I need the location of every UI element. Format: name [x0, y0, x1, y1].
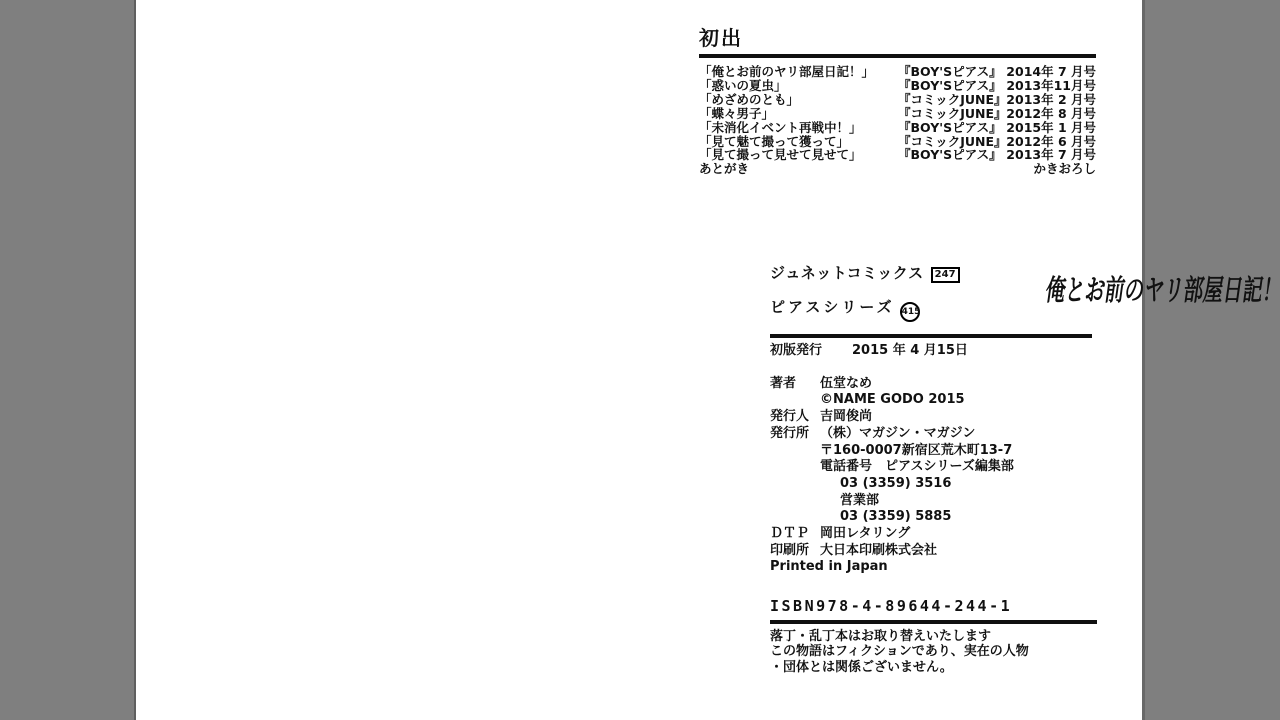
colophon-value: 伍堂なめ	[820, 376, 872, 393]
colophon-value: 2015 年 4 月15日	[852, 343, 968, 360]
colophon-row-printed-in-japan: Printed in Japan	[770, 559, 1150, 576]
note-replacement-policy: 落丁・乱丁本はお取り替えいたします	[770, 629, 1110, 644]
book-title-logo: 俺とお前のヤリ部屋日記！	[1043, 268, 1280, 309]
note-fiction-disclaimer-2: ・団体とは関係ございません。	[770, 660, 1110, 675]
first-publication-section: 初出 「俺とお前のヤリ部屋日記！」 『BOY'Sピアス』 2014年 7 月号 …	[699, 26, 1096, 176]
issue-date: 2012年 8 月号	[1002, 107, 1096, 121]
magazine-name: 『BOY'Sピアス』	[898, 79, 1002, 93]
series-number-circle: 415	[900, 302, 920, 322]
publication-row: 「蝶々男子」 『コミックJUNE』 2012年 8 月号	[699, 107, 1096, 121]
heading-rule	[699, 54, 1096, 58]
magazine-name: 『BOY'Sピアス』	[898, 121, 1002, 135]
chapter-title: 「俺とお前のヤリ部屋日記！」	[699, 65, 898, 79]
issue-date: 2013年 7 月号	[1002, 148, 1096, 162]
colophon-row: 〒160-0007新宿区荒木町13-7	[770, 443, 1150, 460]
series-name: ピアスシリーズ	[770, 298, 895, 316]
colophon-value: Printed in Japan	[770, 559, 888, 576]
colophon-value: ©NAME GODO 2015	[820, 392, 965, 409]
colophon-row: 発行人 吉岡俊尚	[770, 409, 1150, 426]
isbn-text: ISBN978-4-89644-244-1	[770, 597, 1012, 615]
colophon-value: 営業部	[820, 493, 879, 510]
issue-date: かきおろし	[1002, 162, 1096, 176]
colophon-row: 03 (3359) 3516	[770, 476, 1150, 493]
magazine-name: 『BOY'Sピアス』	[898, 65, 1002, 79]
colophon-label: 発行人	[770, 409, 820, 426]
publication-row: 「未消化イベント再戦中！」 『BOY'Sピアス』 2015年 1 月号	[699, 121, 1096, 135]
colophon-value: 電話番号 ピアスシリーズ編集部	[820, 459, 1014, 476]
colophon-info: 初版発行 2015 年 4 月15日 著者 伍堂なめ ©NAME GODO 20…	[770, 343, 1150, 576]
chapter-title: 「惑いの夏虫」	[699, 79, 898, 93]
viewer-background: 初出 「俺とお前のヤリ部屋日記！」 『BOY'Sピアス』 2014年 7 月号 …	[0, 0, 1280, 720]
section-heading: 初出	[699, 26, 1096, 50]
chapter-title: 「見て撮って見せて見せて」	[699, 148, 898, 162]
publication-row: 「見て撮って見せて見せて」 『BOY'Sピアス』 2013年 7 月号	[699, 148, 1096, 162]
issue-date: 2013年11月号	[1002, 79, 1096, 93]
colophon-value: 03 (3359) 5885	[820, 509, 951, 526]
isbn-rule	[770, 620, 1097, 624]
issue-date: 2014年 7 月号	[1002, 65, 1096, 79]
colophon-row: 03 (3359) 5885	[770, 509, 1150, 526]
colophon-row: 印刷所 大日本印刷株式会社	[770, 543, 1150, 560]
series-block: ジュネットコミックス247 ピアスシリーズ415 俺とお前のヤリ部屋日記！	[770, 262, 1280, 322]
series-name: ジュネットコミックス	[770, 264, 924, 282]
colophon-label: 発行所	[770, 426, 820, 443]
colophon-value: （株）マガジン・マガジン	[820, 426, 975, 443]
issue-date: 2013年 2 月号	[1002, 93, 1096, 107]
chapter-title: あとがき	[699, 162, 898, 176]
colophon-rule	[770, 334, 1092, 338]
notes-block: 落丁・乱丁本はお取り替えいたします この物語はフィクションであり、実在の人物 ・…	[770, 629, 1110, 675]
colophon-value: 岡田レタリング	[820, 526, 910, 543]
colophon-label: 著者	[770, 376, 820, 393]
colophon-label: ＤＴＰ	[770, 526, 820, 543]
magazine-name: 『コミックJUNE』	[898, 135, 1002, 149]
colophon-row: ©NAME GODO 2015	[770, 392, 1150, 409]
chapter-title: 「未消化イベント再戦中！」	[699, 121, 898, 135]
publication-row: 「見て魅て撮って獲って」 『コミックJUNE』 2012年 6 月号	[699, 135, 1096, 149]
colophon-row: 営業部	[770, 493, 1150, 510]
publication-row: あとがき かきおろし	[699, 162, 1096, 176]
note-fiction-disclaimer-1: この物語はフィクションであり、実在の人物	[770, 644, 1110, 659]
chapter-title: 「めざめのとも」	[699, 93, 898, 107]
colophon-row: 初版発行 2015 年 4 月15日	[770, 343, 1150, 360]
colophon-value: 大日本印刷株式会社	[820, 543, 937, 560]
chapter-title: 「見て魅て撮って獲って」	[699, 135, 898, 149]
book-page: 初出 「俺とお前のヤリ部屋日記！」 『BOY'Sピアス』 2014年 7 月号 …	[134, 0, 1145, 720]
issue-date: 2012年 6 月号	[1002, 135, 1096, 149]
colophon-row: 著者 伍堂なめ	[770, 376, 1150, 393]
colophon-row: 電話番号 ピアスシリーズ編集部	[770, 459, 1150, 476]
issue-date: 2015年 1 月号	[1002, 121, 1096, 135]
publication-row: 「めざめのとも」 『コミックJUNE』 2013年 2 月号	[699, 93, 1096, 107]
publication-row: 「俺とお前のヤリ部屋日記！」 『BOY'Sピアス』 2014年 7 月号	[699, 65, 1096, 79]
series-number-box: 247	[931, 267, 960, 283]
colophon-label: 印刷所	[770, 543, 820, 560]
colophon-row: 発行所 （株）マガジン・マガジン	[770, 426, 1150, 443]
colophon-value: 〒160-0007新宿区荒木町13-7	[820, 443, 1012, 460]
publication-row: 「惑いの夏虫」 『BOY'Sピアス』 2013年11月号	[699, 79, 1096, 93]
magazine-name: 『BOY'Sピアス』	[898, 148, 1002, 162]
colophon-value: 03 (3359) 3516	[820, 476, 951, 493]
magazine-name: 『コミックJUNE』	[898, 93, 1002, 107]
colophon-value: 吉岡俊尚	[820, 409, 872, 426]
publication-list: 「俺とお前のヤリ部屋日記！」 『BOY'Sピアス』 2014年 7 月号 「惑い…	[699, 65, 1096, 176]
colophon-row: ＤＴＰ 岡田レタリング	[770, 526, 1150, 543]
magazine-name: 『コミックJUNE』	[898, 107, 1002, 121]
colophon-label: 初版発行	[770, 343, 852, 360]
chapter-title: 「蝶々男子」	[699, 107, 898, 121]
